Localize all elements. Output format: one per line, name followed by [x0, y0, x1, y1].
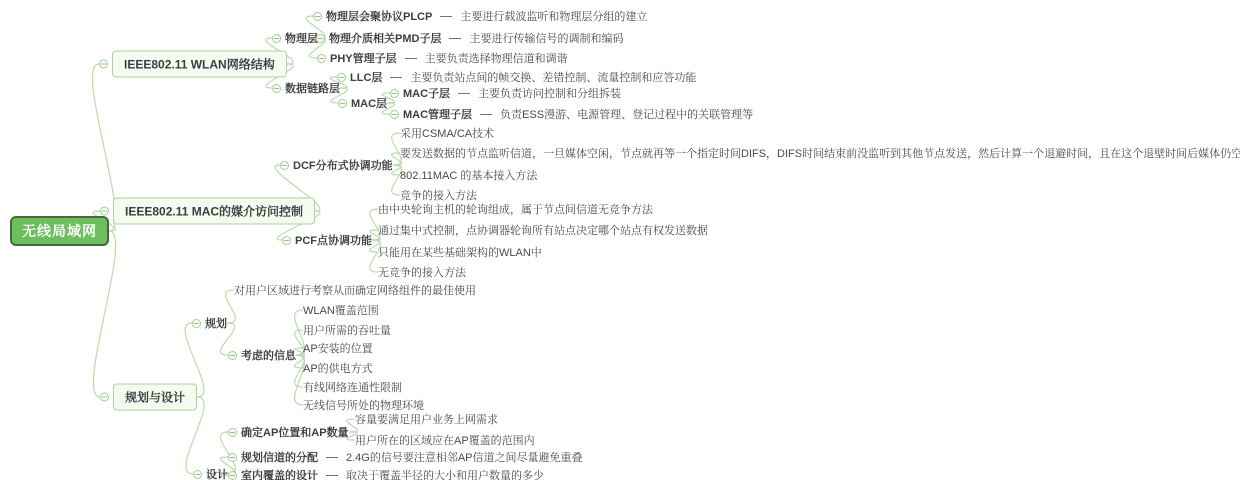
node-dcf-detail[interactable]: 要发送数据的节点监听信道，一旦媒体空闲，节点就再等一个指定时间DIFS，DIFS… [400, 145, 1240, 161]
node-label: 只能用在某些基础架构的WLAN中 [378, 244, 542, 260]
collapse-icon[interactable] [99, 60, 108, 69]
mindmap-canvas: 无线局域网 IEEE802.11 WLAN网络结构 物理层 物理层会聚协议PLC… [0, 0, 1240, 480]
node-phy-mgmt[interactable]: PHY管理子层 主要负责选择物理信道和调谐 [317, 50, 568, 66]
node-label: DCF分布式协调功能 [293, 157, 393, 173]
node-contention-free-access[interactable]: 无竞争的接入方法 [378, 264, 466, 280]
collapse-icon[interactable] [228, 453, 237, 462]
collapse-icon[interactable] [100, 393, 109, 402]
node-physical-layer[interactable]: 物理层 [272, 30, 318, 46]
collapse-icon[interactable] [228, 351, 237, 360]
node-pcf-centralized[interactable]: 通过集中式控制，点协调器轮询所有站点决定哪个站点有权发送数据 [378, 222, 708, 238]
node-label: 确定AP位置和AP数量 [241, 424, 349, 440]
node-dcf[interactable]: DCF分布式协调功能 [280, 157, 393, 173]
node-label: 数据链路层 [285, 80, 340, 96]
node-pcf-polling[interactable]: 由中央轮询主机的轮询组成，属于节点间信道无竞争方法 [378, 201, 653, 217]
node-label: 物理层 [285, 30, 318, 46]
collapse-icon[interactable] [337, 73, 346, 82]
collapse-icon[interactable] [390, 89, 399, 98]
node-capacity[interactable]: 容量要满足用户业务上网需求 [355, 411, 498, 427]
node-label: 无线局域网 [10, 216, 109, 246]
node-wired-limit[interactable]: 有线网络连通性限制 [303, 379, 402, 395]
node-wlan-coverage[interactable]: WLAN覆盖范围 [303, 302, 379, 318]
node-mac-mgmt-sublayer[interactable]: MAC管理子层 负责ESS漫游、电源管理、登记过程中的关联管理等 [390, 106, 753, 122]
node-label: 通过集中式控制，点协调器轮询所有站点决定哪个站点有权发送数据 [378, 222, 708, 238]
node-label: 考虑的信息 [241, 347, 296, 363]
node-label: AP的供电方式 [303, 360, 373, 376]
collapse-icon[interactable] [316, 34, 325, 43]
collapse-icon[interactable] [272, 34, 281, 43]
dash-line [405, 58, 417, 59]
node-note: 取决于覆盖半径的大小和用户数量的多少 [346, 467, 544, 480]
node-label: PCF点协调功能 [295, 232, 372, 248]
collapse-icon[interactable] [228, 471, 237, 480]
node-llc[interactable]: LLC层 主要负责站点间的帧交换、差错控制、流量控制和应答功能 [337, 69, 696, 85]
node-label: LLC层 [350, 69, 382, 85]
node-data-link-layer[interactable]: 数据链路层 [272, 80, 340, 96]
node-label: 规划 [205, 315, 227, 331]
dash-line [480, 114, 492, 115]
node-label: 无竞争的接入方法 [378, 264, 466, 280]
node-note: 主要负责访问控制和分组拆装 [478, 85, 621, 101]
dash-line [326, 457, 338, 458]
node-planning-design[interactable]: 规划与设计 [100, 384, 197, 411]
dash-line [449, 38, 461, 39]
node-label: 规划信道的分配 [241, 449, 318, 465]
node-user-area-coverage[interactable]: 用户所在的区域应在AP覆盖的范围内 [355, 432, 535, 448]
node-ap-power[interactable]: AP的供电方式 [303, 360, 373, 376]
node-mac-layer[interactable]: MAC层 [338, 95, 387, 111]
node-ap-position[interactable]: AP安装的位置 [303, 340, 373, 356]
node-note: 主要进行载波监听和物理层分组的建立 [460, 8, 647, 24]
collapse-icon[interactable] [390, 110, 399, 119]
node-label: 用户所需的吞吐量 [303, 322, 391, 338]
node-pcf[interactable]: PCF点协调功能 [282, 232, 372, 248]
node-label: 物理层会聚协议PLCP [326, 8, 432, 24]
collapse-icon[interactable] [280, 161, 289, 170]
node-label: PHY管理子层 [330, 50, 397, 66]
node-wlan-network-structure[interactable]: IEEE802.11 WLAN网络结构 [99, 51, 287, 78]
node-ap-count[interactable]: 确定AP位置和AP数量 [228, 424, 349, 440]
node-throughput[interactable]: 用户所需的吞吐量 [303, 322, 391, 338]
node-pmd[interactable]: 物理介质相关PMD子层 主要进行传输信号的调制和编码 [316, 30, 623, 46]
node-channel-allocation[interactable]: 规划信道的分配 2.4G的信号要注意相邻AP信道之间尽量避免重叠 [228, 449, 583, 465]
node-mac-access-control[interactable]: IEEE802.11 MAC的媒介访问控制 [100, 198, 315, 225]
node-pcf-infrastructure-only[interactable]: 只能用在某些基础架构的WLAN中 [378, 244, 542, 260]
node-label: 物理介质相关PMD子层 [329, 30, 441, 46]
collapse-icon[interactable] [192, 319, 201, 328]
node-indoor-coverage[interactable]: 室内覆盖的设计 取决于覆盖半径的大小和用户数量的多少 [228, 467, 544, 480]
node-label: IEEE802.11 WLAN网络结构 [112, 51, 287, 78]
collapse-icon[interactable] [282, 236, 291, 245]
node-mac-basic-access[interactable]: 802.11MAC 的基本接入方法 [400, 167, 537, 183]
node-label: 用户所在的区域应在AP覆盖的范围内 [355, 432, 535, 448]
node-label: 室内覆盖的设计 [241, 467, 318, 480]
collapse-icon[interactable] [272, 84, 281, 93]
node-plcp[interactable]: 物理层会聚协议PLCP 主要进行载波监听和物理层分组的建立 [313, 8, 647, 24]
node-csma-ca[interactable]: 采用CSMA/CA技术 [400, 125, 494, 141]
collapse-icon[interactable] [317, 54, 326, 63]
collapse-icon[interactable] [313, 12, 322, 21]
node-label: 有线网络连通性限制 [303, 379, 402, 395]
node-label: AP安装的位置 [303, 340, 373, 356]
node-label: 要发送数据的节点监听信道，一旦媒体空闲，节点就再等一个指定时间DIFS，DIFS… [400, 145, 1240, 161]
node-label: IEEE802.11 MAC的媒介访问控制 [113, 198, 315, 225]
node-label: 设计 [206, 466, 228, 480]
node-label: 802.11MAC 的基本接入方法 [400, 167, 537, 183]
node-note: 2.4G的信号要注意相邻AP信道之间尽量避免重叠 [346, 449, 583, 465]
collapse-icon[interactable] [228, 428, 237, 437]
node-root-wlan[interactable]: 无线局域网 [10, 216, 109, 246]
node-note: 负责ESS漫游、电源管理、登记过程中的关联管理等 [500, 106, 753, 122]
node-considerations[interactable]: 考虑的信息 [228, 347, 296, 363]
node-planning[interactable]: 规划 [192, 315, 227, 331]
node-label: WLAN覆盖范围 [303, 302, 379, 318]
node-note: 主要负责选择物理信道和调谐 [425, 50, 568, 66]
collapse-icon[interactable] [193, 470, 202, 479]
node-label: 容量要满足用户业务上网需求 [355, 411, 498, 427]
node-note: 主要进行传输信号的调制和编码 [469, 30, 623, 46]
dash-line [326, 475, 338, 476]
dash-line [390, 77, 402, 78]
dash-line [458, 93, 470, 94]
node-note: 主要负责站点间的帧交换、差错控制、流量控制和应答功能 [410, 69, 696, 85]
node-label: 由中央轮询主机的轮询组成，属于节点间信道无竞争方法 [378, 201, 653, 217]
node-label: 规划与设计 [113, 384, 197, 411]
node-label: 采用CSMA/CA技术 [400, 125, 494, 141]
node-label: MAC管理子层 [403, 106, 472, 122]
node-site-survey[interactable]: 对用户区域进行考察从而确定网络组件的最佳使用 [234, 282, 476, 298]
node-label: MAC层 [351, 95, 387, 111]
node-mac-sublayer[interactable]: MAC子层 主要负责访问控制和分组拆装 [390, 85, 621, 101]
node-label: MAC子层 [403, 85, 450, 101]
node-design[interactable]: 设计 [193, 466, 228, 480]
node-label: 对用户区域进行考察从而确定网络组件的最佳使用 [234, 282, 476, 298]
collapse-icon[interactable] [338, 99, 347, 108]
collapse-icon[interactable] [100, 207, 109, 216]
dash-line [440, 16, 452, 17]
